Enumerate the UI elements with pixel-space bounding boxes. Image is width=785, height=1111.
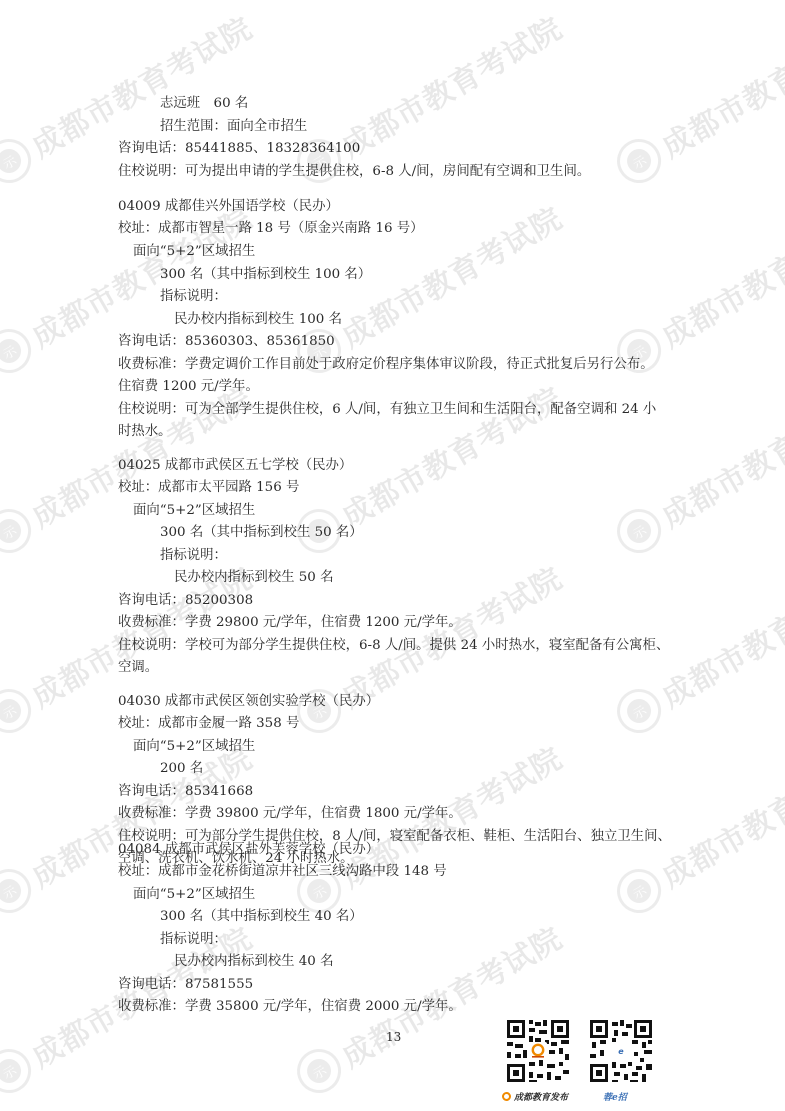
school-quota: 200 名 [160, 759, 203, 779]
school-boarding-cont: 时热水。 [118, 422, 172, 442]
school-region: 面向“5+2”区域招生 [133, 737, 255, 757]
quota-note: 民办校内指标到校生 40 名 [174, 952, 333, 972]
class-quota-line: 志远班 60 名 [160, 94, 248, 114]
quota-note: 民办校内指标到校生 100 名 [174, 310, 342, 330]
school-boarding: 住校说明：学校可为部分学生提供住校，6-8 人/间。提供 24 小时热水，寝室配… [118, 636, 669, 656]
school-region: 面向“5+2”区域招生 [133, 885, 255, 905]
school-boarding-cont: 空调。 [118, 658, 158, 678]
seal-icon: 示 [0, 131, 39, 191]
phone-line: 咨询电话：85441885、18328364100 [118, 139, 360, 159]
school-header: 04084 成都市武侯区盐外芙蓉学校（民办） [118, 840, 379, 860]
watermark: 示成都市教育考试院 [609, 194, 785, 381]
school-header: 04009 成都佳兴外国语学校（民办） [118, 197, 339, 217]
seal-icon: 示 [0, 681, 39, 741]
qr-left-label: 成都教育发布 [502, 1090, 568, 1103]
qr-code-icon [505, 1018, 571, 1084]
seal-icon: 示 [609, 861, 669, 921]
school-phone: 咨询电话：85200308 [118, 591, 253, 611]
qr-code-rong-e-zhao[interactable]: e [588, 1018, 654, 1084]
school-address: 校址：成都市太平园路 156 号 [118, 478, 299, 498]
quota-note-label: 指标说明： [160, 287, 227, 307]
scope-line: 招生范围：面向全市招生 [160, 117, 307, 137]
seal-icon: 示 [0, 1041, 39, 1101]
school-region: 面向“5+2”区域招生 [133, 501, 255, 521]
school-boarding: 住校说明：可为全部学生提供住校，6 人/间，有独立卫生间和生活阳台，配备空调和 … [118, 400, 656, 420]
school-quota: 300 名（其中指标到校生 100 名） [160, 265, 371, 285]
school-fees: 收费标准：学费 35800 元/学年，住宿费 2000 元/学年。 [118, 997, 462, 1017]
seal-icon: 示 [0, 501, 39, 561]
boarding-line: 住校说明：可为提出申请的学生提供住校，6-8 人/间，房间配有空调和卫生间。 [118, 162, 590, 182]
school-quota: 300 名（其中指标到校生 40 名） [160, 907, 363, 927]
school-fees: 收费标准：学费 29800 元/学年，住宿费 1200 元/学年。 [118, 613, 462, 633]
watermark: 示成都市教育考试院 [609, 4, 785, 191]
qr-right-label: 蓉e招 [603, 1090, 627, 1103]
svg-text:e: e [618, 1047, 624, 1056]
school-address: 校址：成都市金履一路 358 号 [118, 714, 299, 734]
school-region: 面向“5+2”区域招生 [133, 242, 255, 262]
seal-icon: 示 [0, 321, 39, 381]
school-address: 校址：成都市金花桥街道凉井社区三线沟路中段 148 号 [118, 862, 447, 882]
school-address: 校址：成都市智星一路 18 号（原金兴南路 16 号） [118, 219, 424, 239]
school-header: 04030 成都市武侯区领创实验学校（民办） [118, 692, 379, 712]
page-number: 13 [386, 1030, 401, 1044]
seal-icon: 示 [609, 501, 669, 561]
school-quota: 300 名（其中指标到校生 50 名） [160, 523, 363, 543]
chengdu-education-logo-icon [502, 1092, 511, 1101]
school-header: 04025 成都市武侯区五七学校（民办） [118, 456, 352, 476]
school-fees-cont: 住宿费 1200 元/学年。 [118, 377, 259, 397]
seal-icon: 示 [289, 1041, 349, 1101]
school-fees: 收费标准：学费 39800 元/学年，住宿费 1800 元/学年。 [118, 804, 462, 824]
school-phone: 咨询电话：85341668 [118, 782, 253, 802]
school-fees: 收费标准：学费定调价工作目前处于政府定价程序集体审议阶段，待正式批复后另行公布。 [118, 355, 654, 375]
quota-note-label: 指标说明： [160, 546, 227, 566]
quota-note-label: 指标说明： [160, 930, 227, 950]
seal-icon: 示 [609, 131, 669, 191]
school-phone: 咨询电话：85360303、85361850 [118, 332, 335, 352]
school-phone: 咨询电话：87581555 [118, 975, 253, 995]
seal-icon: 示 [609, 681, 669, 741]
quota-note: 民办校内指标到校生 50 名 [174, 568, 333, 588]
qr-code-chengdu-education[interactable] [505, 1018, 571, 1084]
qr-code-icon: e [588, 1018, 654, 1084]
seal-icon: 示 [0, 861, 39, 921]
